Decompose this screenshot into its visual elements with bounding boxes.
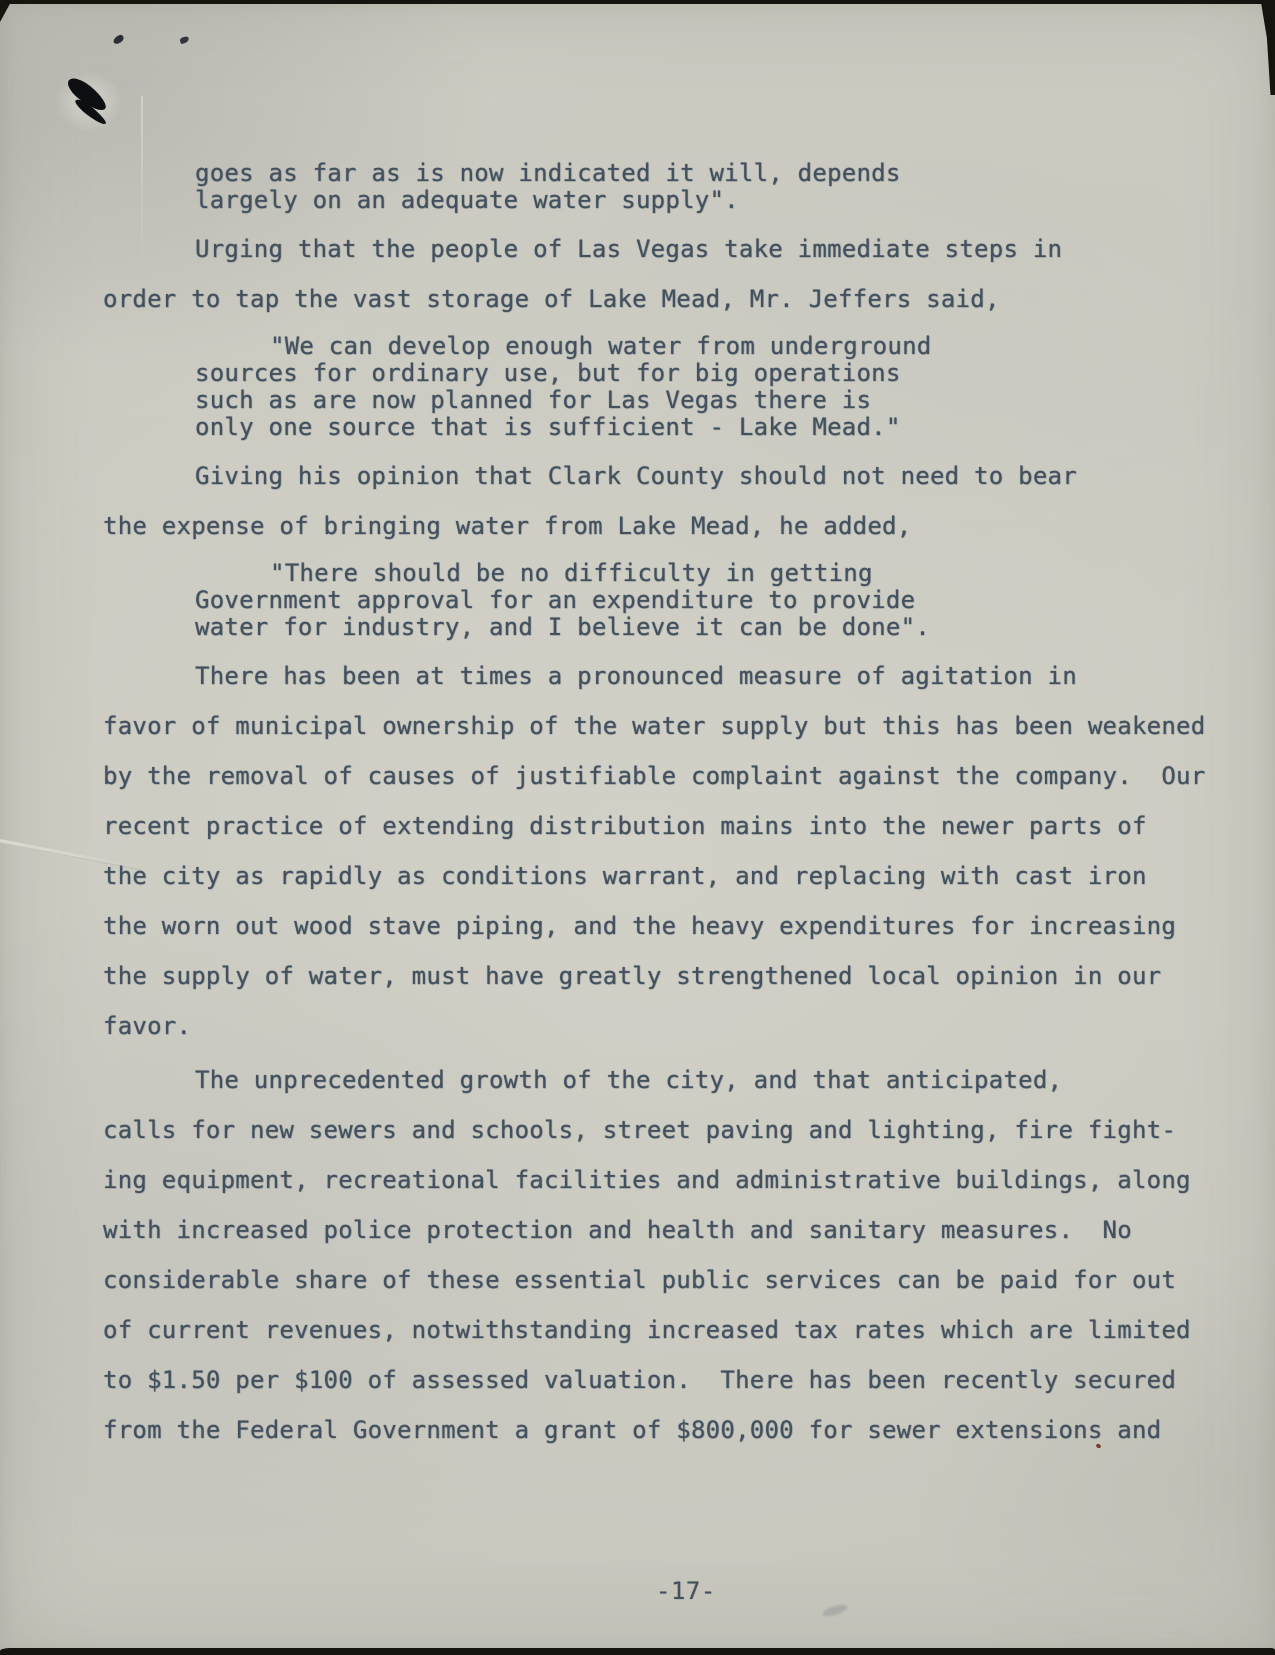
text-line: favor. [103,1001,1217,1051]
text-line: recent practice of extending distributio… [103,801,1217,851]
text-line: with increased police protection and hea… [103,1205,1217,1255]
text-line: Government approval for an expenditure t… [195,587,1217,614]
text-line: "We can develop enough water from underg… [195,333,1217,360]
text-line: considerable share of these essential pu… [103,1255,1217,1305]
paragraph: Giving his opinion that Clark County sho… [103,451,1217,551]
scan-edge-bottom [0,1648,1275,1655]
text-line: by the removal of causes of justifiable … [103,751,1217,801]
text-line: calls for new sewers and schools, street… [103,1105,1217,1155]
block-quote: "We can develop enough water from underg… [195,333,1217,441]
paragraph: The unprecedented growth of the city, an… [103,1055,1217,1455]
text-line: water for industry, and I believe it can… [195,614,1217,641]
text-line: Urging that the people of Las Vegas take… [103,224,1217,274]
typewritten-text: goes as far as is now indicated it will,… [0,0,1275,1455]
pencil-smudge [821,1602,849,1619]
text-line: goes as far as is now indicated it will,… [195,160,1217,187]
text-line: only one source that is sufficient - Lak… [195,414,1217,441]
text-line: sources for ordinary use, but for big op… [195,360,1217,387]
text-line: such as are now planned for Las Vegas th… [195,387,1217,414]
text-line: Giving his opinion that Clark County sho… [103,451,1217,501]
text-line: favor of municipal ownership of the wate… [103,701,1217,751]
paper-crease [141,96,143,271]
page-number: -17- [656,1577,716,1605]
text-line: largely on an adequate water supply". [195,187,1217,214]
paragraph: Urging that the people of Las Vegas take… [103,224,1217,324]
paragraph: There has been at times a pronounced mea… [103,651,1217,1051]
text-line: There has been at times a pronounced mea… [103,651,1217,701]
text-line: "There should be no difficulty in gettin… [195,560,1217,587]
block-quote-continued: goes as far as is now indicated it will,… [195,160,1217,214]
text-line: ing equipment, recreational facilities a… [103,1155,1217,1205]
text-line: the worn out wood stave piping, and the … [103,901,1217,951]
text-line: the supply of water, must have greatly s… [103,951,1217,1001]
scan-edge-top [0,0,1275,4]
block-quote: "There should be no difficulty in gettin… [195,560,1217,641]
text-line: from the Federal Government a grant of $… [103,1405,1217,1455]
text-line: The unprecedented growth of the city, an… [103,1055,1217,1105]
scanned-document-page: goes as far as is now indicated it will,… [0,0,1275,1655]
text-line: of current revenues, notwithstanding inc… [103,1305,1217,1355]
text-line: order to tap the vast storage of Lake Me… [103,274,1217,324]
text-line: the expense of bringing water from Lake … [103,501,1217,551]
text-line: to $1.50 per $100 of assessed valuation.… [103,1355,1217,1405]
text-line: the city as rapidly as conditions warran… [103,851,1217,901]
